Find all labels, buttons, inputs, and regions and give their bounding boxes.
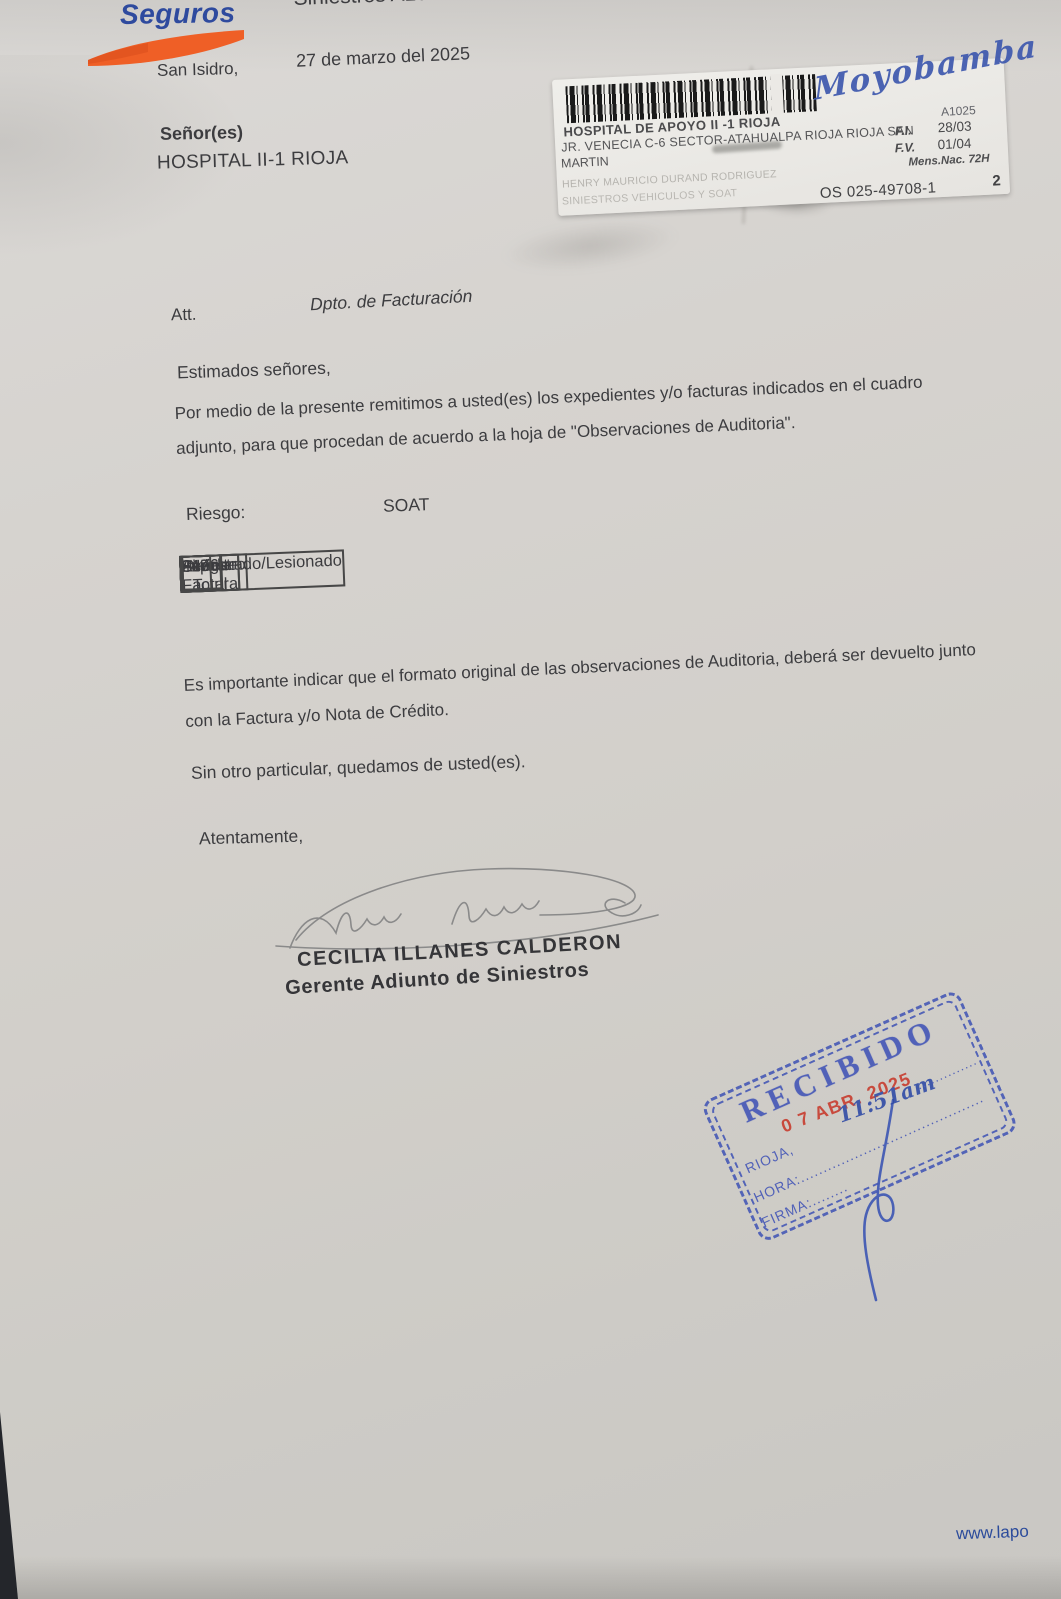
- stamp-city: RIOJA,: [743, 1141, 796, 1176]
- sticker-fi-label: F.I.: [895, 124, 912, 139]
- sticker-code: A1025: [941, 103, 976, 119]
- letter-city: San Isidro,: [157, 59, 239, 81]
- sticker-os-number: OS 025-49708-1: [819, 179, 936, 202]
- sticker-address-line2: MARTIN: [561, 154, 609, 170]
- paper-smudge: [498, 211, 683, 281]
- paper-bottom-shadow: [0, 1556, 1061, 1599]
- recipient-name: HOSPITAL II-1 RIOJA: [157, 147, 349, 174]
- received-stamp: RECIBIDO RIOJA, 0 7 ABR. 2025 11:51am ..…: [700, 989, 1019, 1244]
- scanned-letter-page: Seguros Siniestros A1025 - 2025 San Isid…: [0, 0, 1061, 1599]
- risk-label: Riesgo:: [186, 502, 246, 525]
- closing-line: Sin otro particular, quedamos de usted(e…: [191, 751, 526, 784]
- insurer-logo-text: Seguros: [120, 0, 236, 31]
- attention-label: Att.: [171, 305, 197, 326]
- sticker-fi-value: 28/03: [937, 119, 971, 136]
- body-paragraph-2: Es importante indicar que el formato ori…: [183, 631, 1000, 740]
- sticker-fv-label: F.V.: [894, 140, 915, 155]
- sticker-mensajeria: Mens.Nac. 72H: [908, 153, 990, 169]
- sticker-contact-name: HENRY MAURICIO DURAND RODRIGUEZ: [562, 168, 777, 190]
- footer-website: www.lapo: [956, 1522, 1029, 1545]
- salutation: Estimados señores,: [177, 358, 331, 384]
- sticker-fv-value: 01/04: [937, 136, 971, 153]
- sticker-contact-area: SINIESTROS VEHICULOS Y SOAT: [562, 187, 738, 208]
- attention-department: Dpto. de Facturación: [310, 286, 473, 315]
- recipient-label: Señor(es): [160, 122, 243, 145]
- risk-value: SOAT: [383, 494, 430, 517]
- farewell-line: Atentamente,: [199, 826, 304, 850]
- barcode-gap: [770, 74, 784, 116]
- sticker-os-copies: 2: [992, 172, 1001, 189]
